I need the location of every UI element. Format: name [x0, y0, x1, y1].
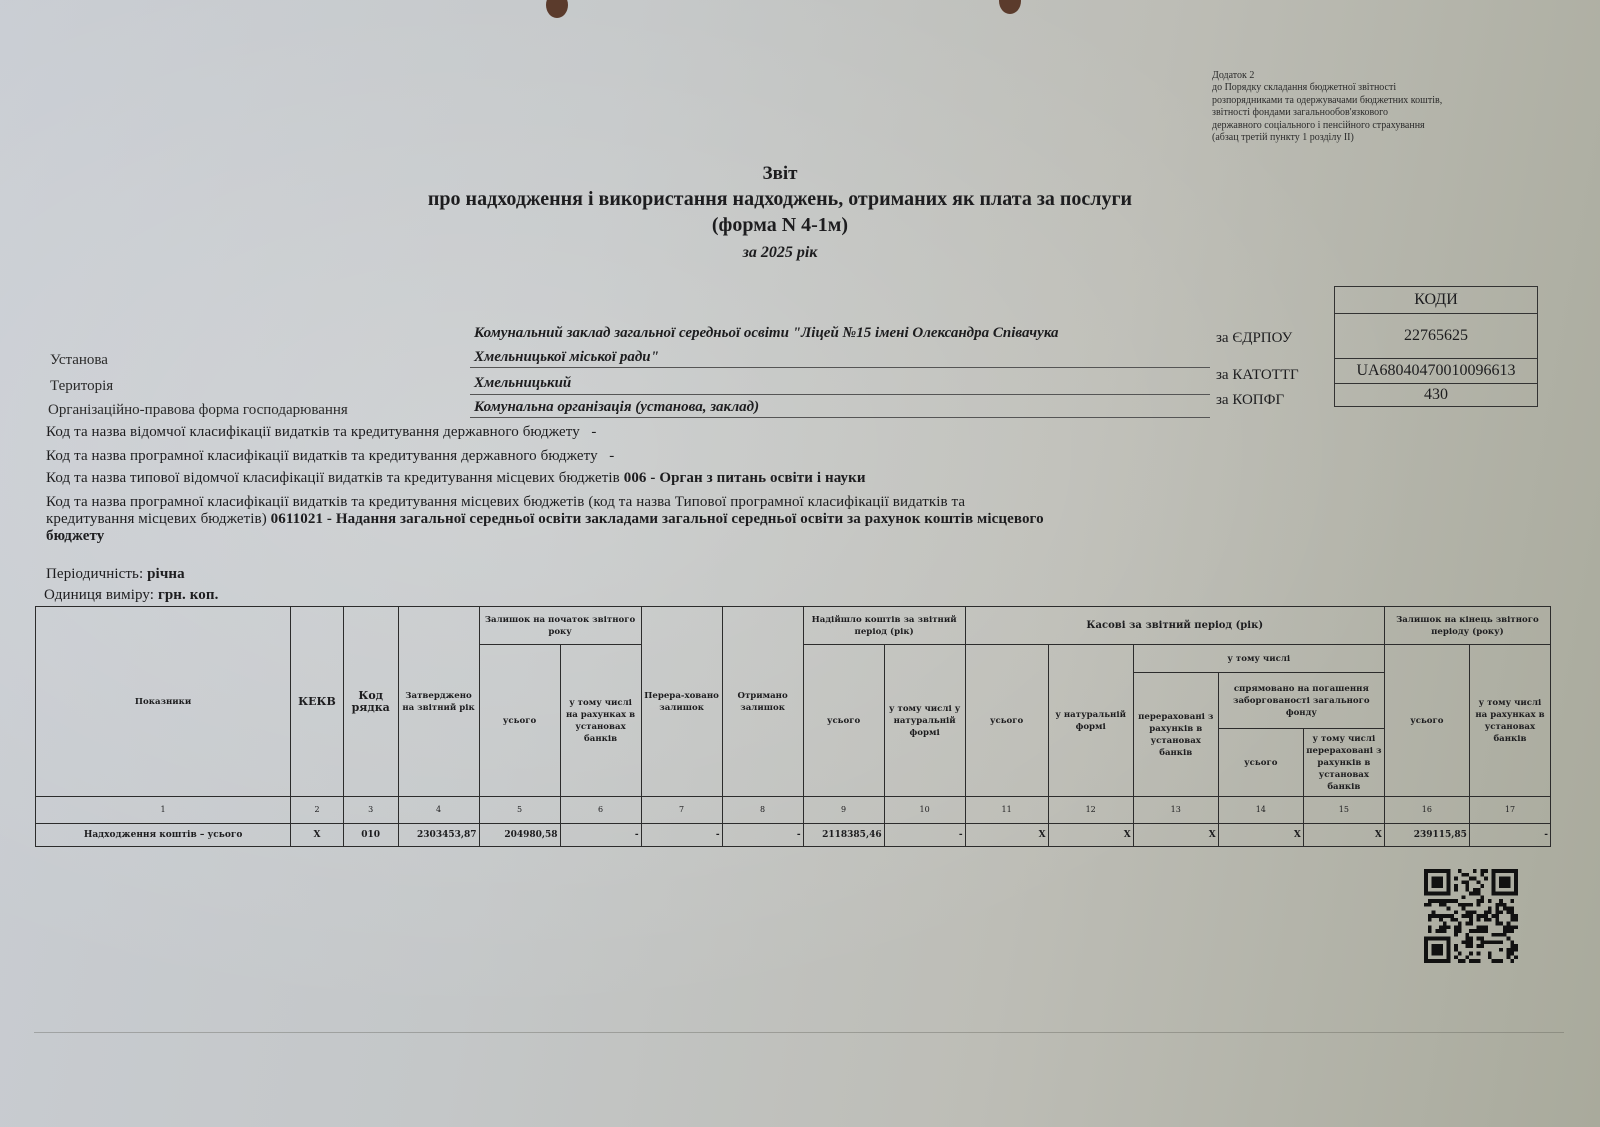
table-cell: X [1303, 824, 1384, 847]
table-cell: - [722, 824, 803, 847]
col-indicators: Показники [36, 607, 291, 797]
table-cell: 239115,85 [1384, 824, 1469, 847]
table-cell: 204980,58 [479, 824, 560, 847]
edrpou-code: 22765625 [1335, 314, 1538, 359]
punch-hole [546, 0, 568, 18]
col-received-in-kind: у тому числі у натуральній формі [884, 645, 965, 797]
unit-value: грн. коп. [158, 587, 219, 603]
report-table: Показники КЕКВ Код рядка Затверджено на … [35, 606, 1551, 847]
col-group-cash: Касові за звітний період (рік) [965, 607, 1384, 645]
table-cell: X [965, 824, 1048, 847]
col-balance-end-bank: у тому числі на рахунках в установах бан… [1469, 645, 1550, 797]
column-number: 12 [1048, 797, 1133, 824]
column-number: 2 [291, 797, 344, 824]
underline [470, 394, 1210, 395]
classification-value: 006 - Орган з питань освіти і науки [624, 470, 866, 486]
title-line: Звіт [370, 162, 1190, 186]
annex-line: Додаток 2 [1212, 70, 1442, 82]
legal-form-value: Комунальна організація (установа, заклад… [474, 399, 759, 416]
periodicity-label: Періодичність: [46, 566, 143, 582]
kopfg-label: за КОПФГ [1216, 392, 1284, 409]
state-dept-classification: Код та назва відомчої класифікації видат… [46, 424, 596, 441]
column-number: 5 [479, 797, 560, 824]
col-cash-transferred-bank: перераховані з рахунків в установах банк… [1133, 673, 1218, 797]
state-prog-classification: Код та назва програмної класифікації вид… [46, 448, 614, 465]
col-debt-total: усього [1218, 729, 1303, 797]
annex-line: звітності фондами загальнообов'язкового [1212, 107, 1442, 119]
table-cell: X [291, 824, 344, 847]
table-cell: X [1218, 824, 1303, 847]
classification-label: Код та назва програмної класифікації вид… [46, 494, 1044, 511]
column-number: 9 [803, 797, 884, 824]
col-cash-total: усього [965, 645, 1048, 797]
classification-value: 0611021 - Надання загальної середньої ос… [271, 511, 1044, 527]
table-cell: - [884, 824, 965, 847]
col-group-balance-end: Залишок на кінець звітного періоду (року… [1384, 607, 1550, 645]
col-group-received-funds: Надійшло коштів за звітний період (рік) [803, 607, 965, 645]
territory-value: Хмельницький [474, 375, 571, 392]
col-approved: Затверджено на звітний рік [398, 607, 479, 797]
institution-label: Установа [50, 352, 108, 369]
form-number: (форма N 4-1м) [370, 212, 1190, 238]
table-cell: - [1469, 824, 1550, 847]
periodicity: Періодичність: річна [46, 566, 185, 583]
annex-note: Додаток 2 до Порядку складання бюджетної… [1212, 70, 1442, 144]
column-number: 16 [1384, 797, 1469, 824]
unit-of-measure: Одиниця виміру: грн. коп. [44, 587, 218, 604]
col-received-balance: Отримано залишок [722, 607, 803, 797]
col-group-balance-start: Залишок на початок звітного року [479, 607, 641, 645]
title-line: про надходження і використання надходжен… [370, 186, 1190, 212]
periodicity-value: річна [147, 566, 185, 582]
unit-label: Одиниця виміру: [44, 587, 154, 603]
table-cell: 010 [343, 824, 398, 847]
column-numbers-row: 1234567891011121314151617 [36, 797, 1551, 824]
table-cell: - [560, 824, 641, 847]
col-transferred-balance: Перера-ховано залишок [641, 607, 722, 797]
local-typical-classification: Код та назва типової відомчої класифікац… [46, 470, 866, 487]
col-received-total: усього [803, 645, 884, 797]
classification-label: кредитування місцевих бюджетів) [46, 511, 267, 527]
institution-name: Комунальний заклад загальної середньої о… [474, 325, 1059, 342]
column-number: 15 [1303, 797, 1384, 824]
underline [470, 367, 1210, 368]
report-year: за 2025 рік [370, 238, 1190, 268]
codes-table: КОДИ 22765625 UA68040470010096613 430 [1334, 286, 1538, 407]
kopfg-code: 430 [1335, 384, 1538, 407]
col-kekv: КЕКВ [291, 607, 344, 797]
institution-name-cont: Хмельницької міської ради" [474, 349, 659, 366]
column-number: 7 [641, 797, 722, 824]
classification-label: Код та назва відомчої класифікації видат… [46, 424, 580, 440]
column-number: 4 [398, 797, 479, 824]
column-number: 1 [36, 797, 291, 824]
legal-form-label: Організаційно-правова форма господарюван… [48, 402, 348, 419]
col-row-code: Код рядка [343, 607, 398, 797]
punch-hole [999, 0, 1021, 14]
annex-line: до Порядку складання бюджетної звітності [1212, 82, 1442, 94]
katottg-label: за КАТОТТГ [1216, 367, 1299, 384]
annex-line: (абзац третій пункту 1 розділу II) [1212, 132, 1442, 144]
qr-code-icon [1424, 869, 1518, 963]
col-debt-transferred-bank: у тому числі перераховані з рахунків в у… [1303, 729, 1384, 797]
local-prog-classification: Код та назва програмної класифікації вид… [46, 494, 1044, 545]
classification-value: - [591, 424, 596, 440]
codes-header: КОДИ [1335, 287, 1538, 314]
table-cell: X [1048, 824, 1133, 847]
classification-value: бюджету [46, 528, 104, 544]
classification-value: - [609, 448, 614, 464]
report-title: Звіт про надходження і використання надх… [370, 162, 1190, 268]
column-number: 13 [1133, 797, 1218, 824]
edrpou-label: за ЄДРПОУ [1216, 330, 1292, 347]
underline [470, 417, 1210, 418]
column-number: 8 [722, 797, 803, 824]
footer-divider [34, 1032, 1564, 1033]
annex-line: розпорядниками та одержувачами бюджетних… [1212, 95, 1442, 107]
classification-label: Код та назва програмної класифікації вид… [46, 448, 598, 464]
column-number: 14 [1218, 797, 1303, 824]
column-number: 10 [884, 797, 965, 824]
katottg-code: UA68040470010096613 [1335, 359, 1538, 384]
classification-label: Код та назва типової відомчої класифікац… [46, 470, 620, 486]
territory-label: Територія [50, 378, 113, 395]
table-row: Надходження коштів – усьогоX0102303453,8… [36, 824, 1551, 847]
col-group-including: у тому числі [1133, 645, 1384, 673]
column-number: 6 [560, 797, 641, 824]
col-balance-start-total: усього [479, 645, 560, 797]
col-balance-end-total: усього [1384, 645, 1469, 797]
table-cell: - [641, 824, 722, 847]
annex-line: державного соціального і пенсійного стра… [1212, 120, 1442, 132]
table-cell: 2303453,87 [398, 824, 479, 847]
table-cell: X [1133, 824, 1218, 847]
column-number: 17 [1469, 797, 1550, 824]
table-cell: 2118385,46 [803, 824, 884, 847]
col-group-debt-repayment: спрямовано на погашення заборгованості з… [1218, 673, 1384, 729]
col-cash-in-kind: у натуральній формі [1048, 645, 1133, 797]
row-indicator-name: Надходження коштів – усього [36, 824, 291, 847]
col-balance-start-bank: у тому числі на рахунках в установах бан… [560, 645, 641, 797]
column-number: 11 [965, 797, 1048, 824]
column-number: 3 [343, 797, 398, 824]
